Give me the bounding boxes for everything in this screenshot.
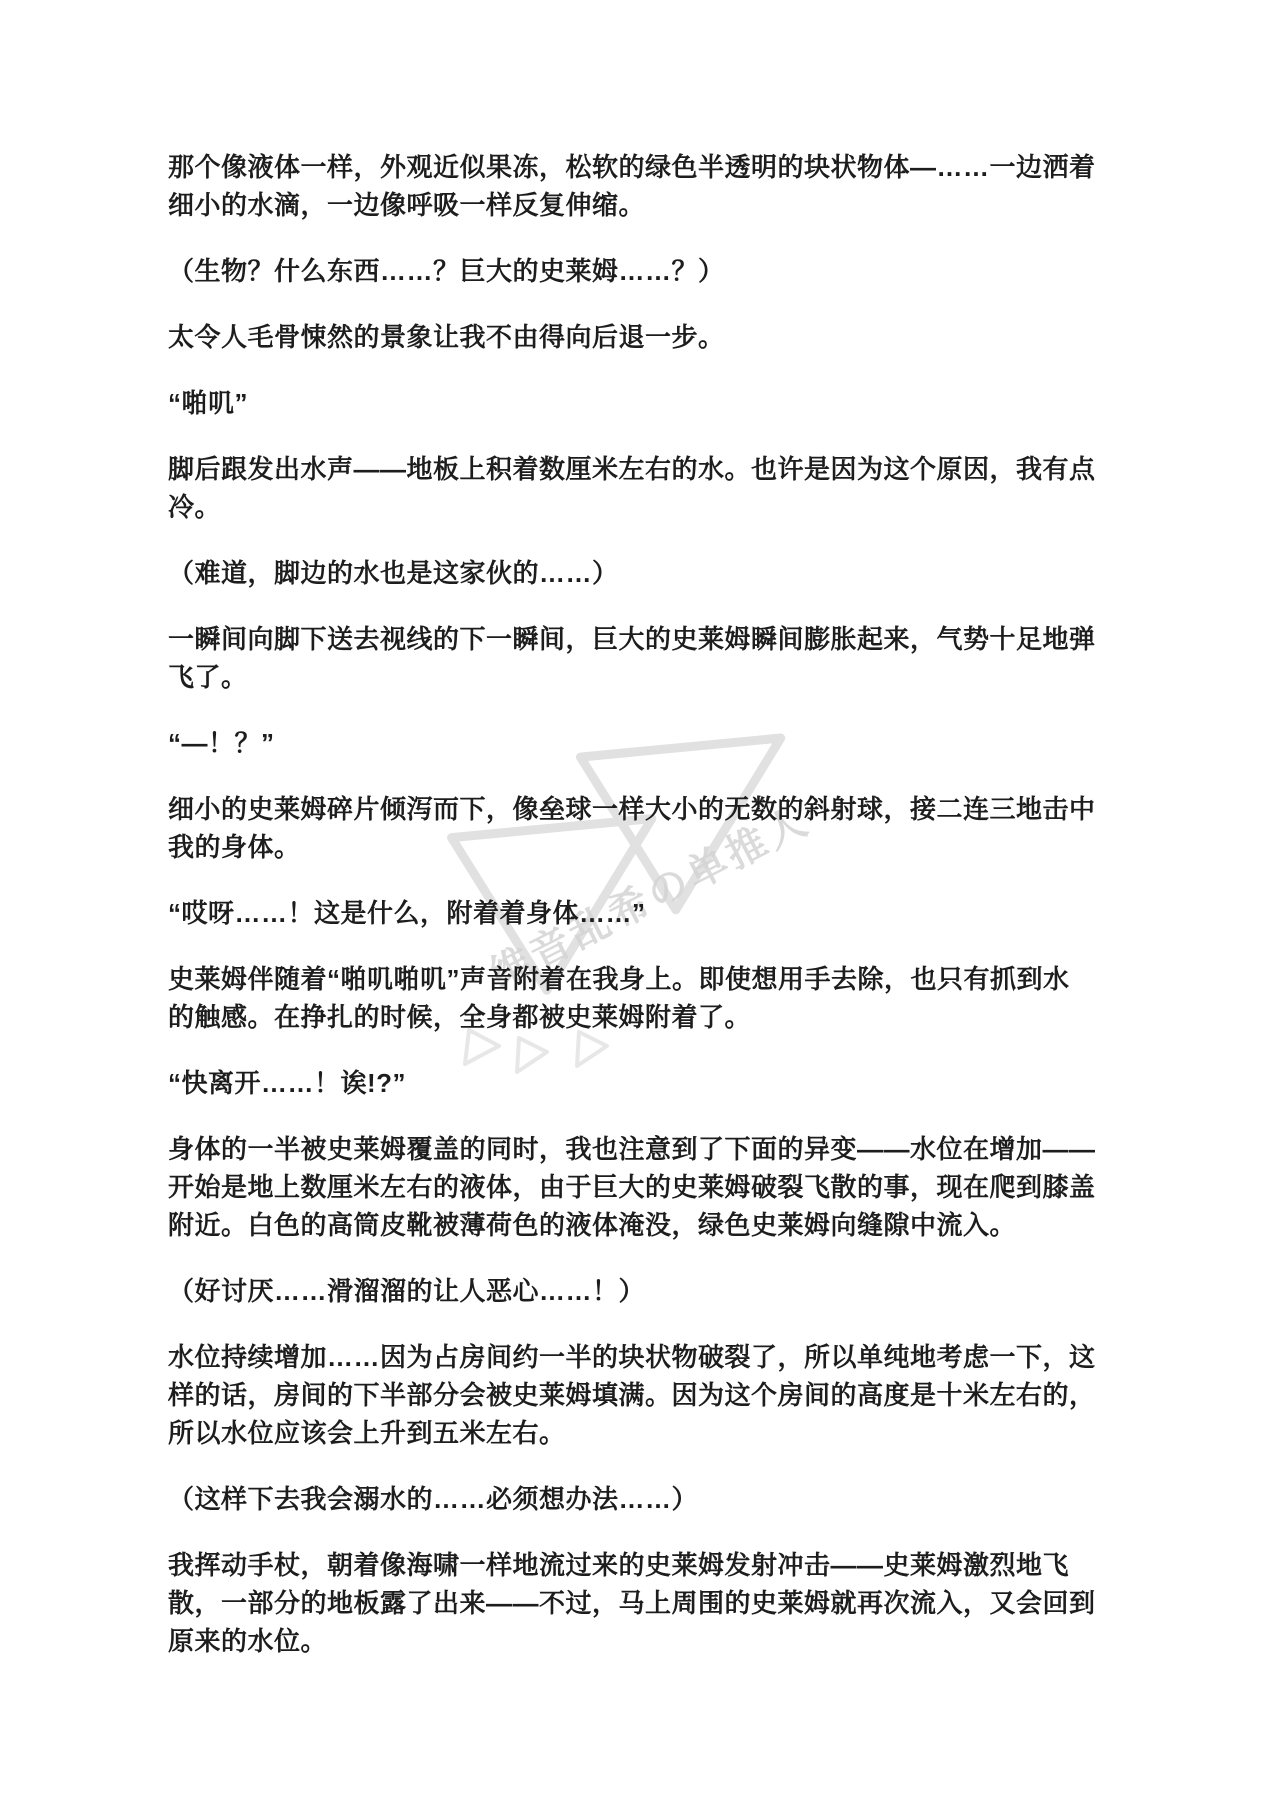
- paragraph: 身体的一半被史莱姆覆盖的同时，我也注意到了下面的异变——水位在增加——开始是地上…: [168, 1130, 1108, 1244]
- document-page: 维音乱希の单推人 那个像液体一样，外观近似果冻，松软的绿色半透明的块状物体—………: [0, 0, 1280, 1810]
- text-line: 所以水位应该会上升到五米左右。: [168, 1414, 1108, 1452]
- text-line: 开始是地上数厘米左右的液体，由于巨大的史莱姆破裂飞散的事，现在爬到膝盖: [168, 1168, 1108, 1206]
- text-line: 水位持续增加……因为占房间约一半的块状物破裂了，所以单纯地考虑一下，这: [168, 1338, 1108, 1376]
- text-line: 附近。白色的高筒皮靴被薄荷色的液体淹没，绿色史莱姆向缝隙中流入。: [168, 1206, 1108, 1244]
- text-line: 冷。: [168, 488, 1108, 526]
- text-line: “快离开……！诶!?”: [168, 1064, 1108, 1102]
- paragraph: “—！？”: [168, 724, 1108, 762]
- text-line: （难道，脚边的水也是这家伙的……）: [168, 554, 1108, 592]
- text-line: “啪叽”: [168, 384, 1108, 422]
- text-line: 原来的水位。: [168, 1622, 1108, 1660]
- text-line: 我挥动手杖，朝着像海啸一样地流过来的史莱姆发射冲击——史莱姆激烈地飞: [168, 1546, 1108, 1584]
- paragraph: 水位持续增加……因为占房间约一半的块状物破裂了，所以单纯地考虑一下，这样的话，房…: [168, 1338, 1108, 1452]
- text-line: 的触感。在挣扎的时候，全身都被史莱姆附着了。: [168, 998, 1108, 1036]
- paragraph: （这样下去我会溺水的……必须想办法……）: [168, 1480, 1108, 1518]
- text-line: （好讨厌……滑溜溜的让人恶心……！）: [168, 1272, 1108, 1310]
- paragraph: “快离开……！诶!?”: [168, 1064, 1108, 1102]
- paragraph: （好讨厌……滑溜溜的让人恶心……！）: [168, 1272, 1108, 1310]
- text-line: 细小的史莱姆碎片倾泻而下，像垒球一样大小的无数的斜射球，接二连三地击中: [168, 790, 1108, 828]
- paragraph: 我挥动手杖，朝着像海啸一样地流过来的史莱姆发射冲击——史莱姆激烈地飞散，一部分的…: [168, 1546, 1108, 1660]
- text-line: “—！？”: [168, 724, 1108, 762]
- paragraph: 那个像液体一样，外观近似果冻，松软的绿色半透明的块状物体—……一边洒着细小的水滴…: [168, 148, 1108, 224]
- text-line: （生物？什么东西……？巨大的史莱姆……？）: [168, 252, 1108, 290]
- text-column: 那个像液体一样，外观近似果冻，松软的绿色半透明的块状物体—……一边洒着细小的水滴…: [168, 148, 1108, 1688]
- text-line: 细小的水滴，一边像呼吸一样反复伸缩。: [168, 186, 1108, 224]
- paragraph: （生物？什么东西……？巨大的史莱姆……？）: [168, 252, 1108, 290]
- text-line: 飞了。: [168, 658, 1108, 696]
- paragraph: 史莱姆伴随着“啪叽啪叽”声音附着在我身上。即使想用手去除，也只有抓到水的触感。在…: [168, 960, 1108, 1036]
- text-line: 我的身体。: [168, 828, 1108, 866]
- text-line: 那个像液体一样，外观近似果冻，松软的绿色半透明的块状物体—……一边洒着: [168, 148, 1108, 186]
- paragraph: 一瞬间向脚下送去视线的下一瞬间，巨大的史莱姆瞬间膨胀起来，气势十足地弹飞了。: [168, 620, 1108, 696]
- paragraph: 脚后跟发出水声——地板上积着数厘米左右的水。也许是因为这个原因，我有点冷。: [168, 450, 1108, 526]
- text-line: 一瞬间向脚下送去视线的下一瞬间，巨大的史莱姆瞬间膨胀起来，气势十足地弹: [168, 620, 1108, 658]
- text-line: 身体的一半被史莱姆覆盖的同时，我也注意到了下面的异变——水位在增加——: [168, 1130, 1108, 1168]
- text-line: 样的话，房间的下半部分会被史莱姆填满。因为这个房间的高度是十米左右的，: [168, 1376, 1108, 1414]
- paragraph: （难道，脚边的水也是这家伙的……）: [168, 554, 1108, 592]
- text-line: 脚后跟发出水声——地板上积着数厘米左右的水。也许是因为这个原因，我有点: [168, 450, 1108, 488]
- text-line: 散，一部分的地板露了出来——不过，马上周围的史莱姆就再次流入，又会回到: [168, 1584, 1108, 1622]
- paragraph: “啪叽”: [168, 384, 1108, 422]
- text-line: “哎呀……！这是什么，附着着身体……”: [168, 894, 1108, 932]
- text-line: 太令人毛骨悚然的景象让我不由得向后退一步。: [168, 318, 1108, 356]
- paragraph: 太令人毛骨悚然的景象让我不由得向后退一步。: [168, 318, 1108, 356]
- text-line: （这样下去我会溺水的……必须想办法……）: [168, 1480, 1108, 1518]
- text-line: 史莱姆伴随着“啪叽啪叽”声音附着在我身上。即使想用手去除，也只有抓到水: [168, 960, 1108, 998]
- paragraph: 细小的史莱姆碎片倾泻而下，像垒球一样大小的无数的斜射球，接二连三地击中我的身体。: [168, 790, 1108, 866]
- paragraph: “哎呀……！这是什么，附着着身体……”: [168, 894, 1108, 932]
